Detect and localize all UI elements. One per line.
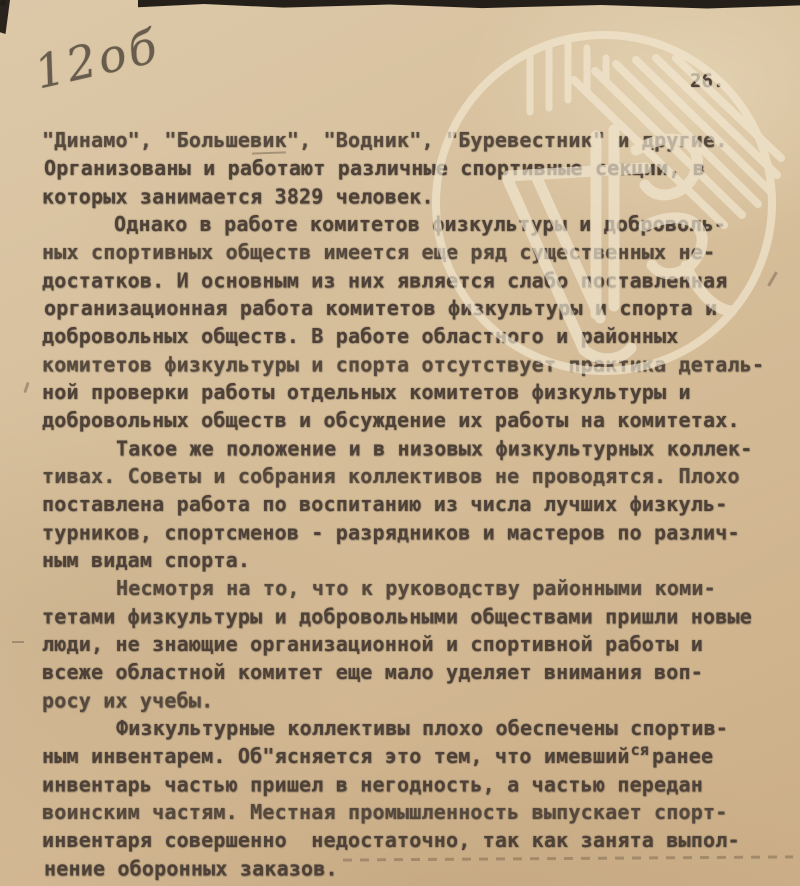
pencil-dash-mark	[12, 641, 24, 643]
pencil-comma-mark	[23, 382, 29, 393]
page-number: 26.	[690, 70, 724, 92]
text-line: Такое же положение и в низовых физкульту…	[44, 435, 764, 463]
text-line: "Динамо", "Большевик", "Водник", "Буреве…	[42, 126, 764, 154]
text-line: которых занимается 3829 человек.	[42, 183, 764, 211]
typewritten-text: "Динамо", "Большевик", "Водник", "Буреве…	[42, 126, 764, 882]
text-line: Организованы и работают различные спорти…	[44, 154, 764, 182]
text-line: ной проверки работы отдельных комитетов …	[42, 378, 764, 406]
text-line: всеже областной комитет еще мало уделяет…	[42, 658, 764, 686]
scan-edge-corner	[0, 0, 10, 34]
text-line: комитетов физкультуры и спорта отсутству…	[42, 351, 764, 379]
superscript-insertion: ся	[631, 741, 649, 759]
handwritten-folio-number: 12об	[30, 18, 165, 99]
text-line: тивах. Советы и собрания коллективов не …	[42, 462, 764, 490]
text-line: воинским частям. Местная промышленность …	[42, 798, 764, 826]
scan-edge-top	[138, 0, 800, 9]
text-line: поставлена работа по воспитанию из числа…	[42, 490, 764, 518]
text-line: Физкультурные коллективы плохо обеспечен…	[44, 714, 764, 742]
text-line: добровольных обществ. В работе областног…	[42, 322, 764, 350]
scanned-document-page: 12об 26. "Динамо", "Большевик", "Водник"…	[0, 0, 800, 886]
text-line: ных спортивных обществ имеется еще ряд с…	[42, 238, 764, 266]
pencil-slash-mark	[767, 271, 778, 286]
text-line: тетами физкультуры и добровольными общес…	[42, 603, 764, 631]
text-line: ным видам спорта.	[42, 546, 764, 574]
text-line: Несмотря на то, что к руководству районн…	[44, 574, 764, 602]
text-line: добровольных обществ и обсуждение их раб…	[42, 406, 764, 434]
text-line: Однако в работе комитетов физкультуры и …	[42, 210, 764, 238]
text-line: инвентарь частью пришел в негодность, а …	[42, 771, 764, 799]
text-line: инвентаря совершенно недостаточно, так к…	[42, 826, 764, 854]
text-line: организационная работа комитетов физкуль…	[44, 294, 764, 322]
text-line: достатков. И основным из них является сл…	[42, 267, 764, 295]
text-line: ным инвентарем. Об"ясняется это тем, что…	[42, 742, 764, 770]
text-line: люди, не знающие организационной и спорт…	[42, 630, 764, 658]
text-line: турников, спортсменов - разрядников и ма…	[42, 519, 764, 547]
text-line: росу их учебы.	[42, 687, 764, 715]
